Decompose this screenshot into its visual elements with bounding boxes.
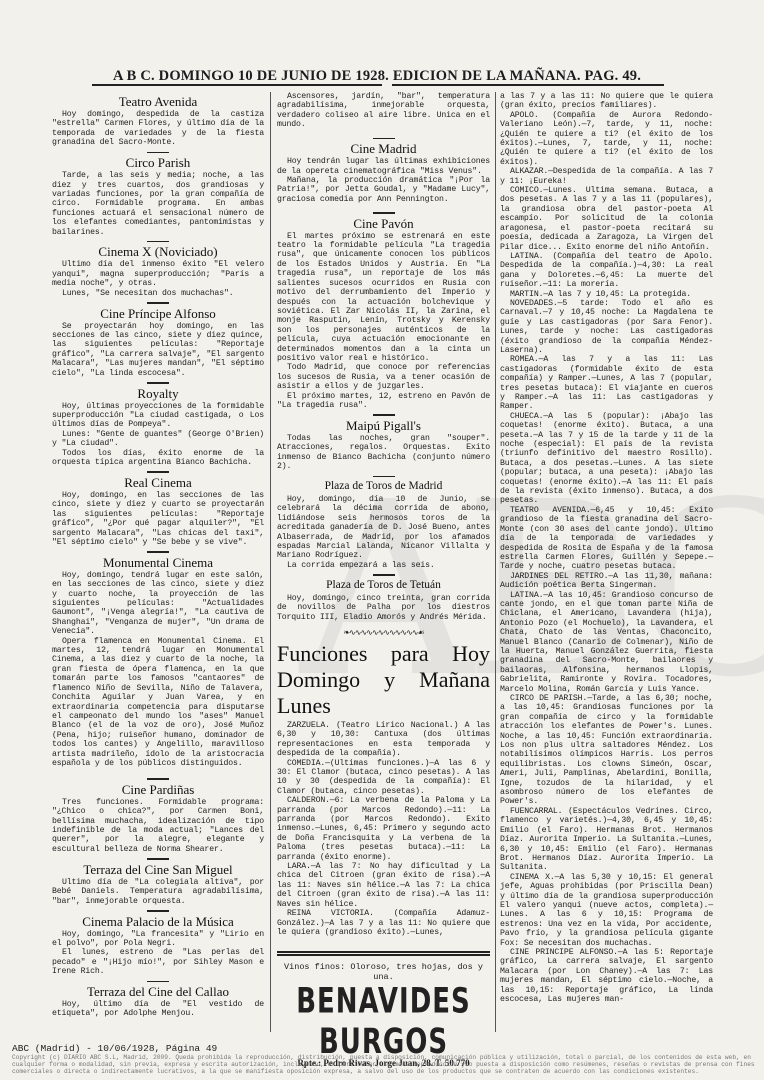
section-text: Ultimo día del inmenso éxito "El velero … [52,260,264,288]
section-heading: Cinema Palacio de la Música [52,914,264,929]
listing-fuencarral: FUENCARRAL. (Espectáculos Vedrines. Circ… [500,807,713,873]
section-palacio-musica: Cinema Palacio de la Música Hoy, domingo… [52,914,264,977]
masthead-rule-left [92,84,382,86]
divider [147,778,169,780]
section-cine-principe-alfonso: Cine Príncipe Alfonso Se proyectarán hoy… [52,306,264,378]
section-teatro-avenida: Teatro Avenida Hoy domingo, despedida de… [52,94,264,148]
section-heading: Cine Madrid [277,141,490,156]
section-text: Hoy, domingo, día 10 de Junio, se celebr… [277,495,490,561]
section-text: Hoy, últimas proyecciones de la formidab… [52,402,264,430]
section-heading: Maipú Pigall's [277,418,490,433]
section-cine-pavon: Cine Pavón El martes próximo se estrenar… [277,216,490,411]
section-heading: Teatro Avenida [52,94,264,109]
section-terraza-callao: Terraza del Cine del Callao Hoy, último … [52,984,264,1019]
section-text: Ultimo día de "La colegiala altiva", por… [52,878,264,906]
divider [373,212,395,214]
section-text: Todo Madrid, que conoce por referencias … [277,363,490,391]
divider [147,981,169,983]
section-text: Hoy, último día de "El vestido de etique… [52,1000,264,1019]
listing-apolo: APOLO. (Compañía de Aurora Redondo-Valer… [500,111,713,167]
listing-lara: LARA.—A las 7: No hay dificultad y La ch… [277,862,490,909]
ad-border-rule [277,951,490,956]
section-cine-pardinas: Cine Pardiñas Tres funciones. Formidable… [52,782,264,854]
section-monumental-cinema: Monumental Cinema Hoy, domingo, tendrá l… [52,555,264,769]
archive-footer: ABC (Madrid) - 10/06/1928, Página 49 Cop… [12,1043,757,1075]
archive-citation: ABC (Madrid) - 10/06/1928, Página 49 [12,1043,757,1054]
masthead: A B C. DOMINGO 10 DE JUNIO DE 1928. EDIC… [92,68,662,85]
listing-latina: LATINA. (Compañía del teatro de Apolo. D… [500,252,713,290]
section-real-cinema: Real Cinema Hoy, domingo, en las seccion… [52,475,264,547]
listing-reina-victoria: REINA VICTORIA. (Compañía Adamuz-Gonzále… [277,909,490,937]
divider [147,152,169,154]
divider [373,574,395,576]
section-heading: Royalty [52,386,264,401]
listing-latina-cante: LATINA.—A las 10,45: Grandioso concurso … [500,591,713,694]
section-text: Hoy, domingo, "La francesita" y "Lirio e… [52,930,264,949]
section-maipu-pigalls: Maipú Pigall's Todas las noches, gran "s… [277,418,490,472]
section-text: Se proyectarán hoy domingo, en las secci… [52,322,264,378]
divider [147,302,169,304]
section-text: Mañana, la producción dramática "¡Por la… [277,176,490,204]
listing-romea: ROMEA.—A las 7 y a las 11: Las castigado… [500,355,713,411]
newspaper-page: ABC A B C. DOMINGO 10 DE JUNIO DE 1928. … [0,0,764,1080]
section-heading: Monumental Cinema [52,555,264,570]
section-text: El próximo martes, 12, estreno en Pavón … [277,392,490,411]
section-heading: Cine Príncipe Alfonso [52,306,264,321]
listing-cine-principe-alfonso: CINE PRINCIPE ALFONSO.—A las 5: Reportaj… [500,948,713,1004]
divider [147,382,169,384]
listing-comedia: COMEDIA.—(Ultimas funciones.)—A las 6 y … [277,759,490,797]
divider [147,471,169,473]
section-text: Opera flamenca en Monumental Cinema. El … [52,637,264,769]
listing-calderon: CALDERON.—6: La verbena de la Paloma y L… [277,796,490,862]
section-heading: Circo Parish [52,155,264,170]
masthead-rule-right [392,84,664,86]
listing-circo-parish: CIRCO DE PARISH.—Tarde, a las 6,30; noch… [500,694,713,807]
section-text: Hoy, domingo, en las secciones de las ci… [52,491,264,547]
column-divider-1 [270,92,271,1032]
listing-comico: COMICO.—Lunes. Ultima semana. Butaca, a … [500,186,713,252]
section-text: Todos los días, éxito enorme de la orque… [52,449,264,468]
section-circo-parish: Circo Parish Tarde, a las seis y media; … [52,155,264,237]
listing-chueca: CHUECA.—A las 5 (popular): ¡Abajo las co… [500,412,713,506]
listing-teatro-avenida: TEATRO AVENIDA.—6,45 y 10,45: Exito gran… [500,506,713,572]
section-text: Lunes, "Se necesitan dos muchachas". [52,289,264,298]
section-plaza-toros-tetuan: Plaza de Toros de Tetuán Hoy, domingo, c… [277,578,490,622]
section-cine-madrid: Cine Madrid Hoy tendrán lugar las última… [277,141,490,204]
listing-zarzuela: ZARZUELA. (Teatro Lírico Nacional.) A la… [277,721,490,759]
section-heading: Cine Pardiñas [52,782,264,797]
divider [373,138,395,140]
divider [373,476,395,478]
section-text: Tarde, a las seis y media; noche, a las … [52,171,264,237]
divider [147,551,169,553]
section-terraza-san-miguel: Terraza del Cine San Miguel Ultimo día d… [52,862,264,906]
section-heading: Plaza de Toros de Tetuán [277,578,490,593]
section-plaza-toros-madrid: Plaza de Toros de Madrid Hoy, domingo, d… [277,479,490,570]
section-text: El lunes, estreno de "Las perlas del pec… [52,948,264,976]
listing-cinema-x: CINEMA X.—A las 5,30 y 10,15: El general… [500,873,713,948]
ad-tagline: Vinos finos: Oloroso, tres hojas, dos y … [277,962,490,982]
divider [147,241,169,243]
section-text: Lunes: "Gente de guantes" (George O'Brie… [52,430,264,449]
listing-martin: MARTIN.—A las 7 y 10,45: La protegida. [500,290,713,299]
section-heading: Cine Pavón [277,216,490,231]
ornament-divider-icon: ❧∿∿∿∿∿∿∿∿∿∿∿∿☙ [277,628,490,637]
copyright-notice: Copyright (c) DIARIO ABC S.L, Madrid, 20… [12,1054,757,1075]
section-text: Hoy, domingo, cinco treinta, gran corrid… [277,594,490,622]
section-text: Hoy, domingo, tendrá lugar en este salón… [52,571,264,637]
listing-jardines-retiro: JARDINES DEL RETIRO.—A las 11,30, mañana… [500,572,713,591]
section-heading: Plaza de Toros de Madrid [277,479,490,494]
section-heading: Real Cinema [52,475,264,490]
section-text: Hoy domingo, despedida de la castiza "es… [52,110,264,148]
section-text: Hoy tendrán lugar las últimas exhibicion… [277,157,490,176]
section-heading: Cinema X (Noviciado) [52,244,264,259]
section-heading: Terraza del Cine del Callao [52,984,264,999]
section-text: La corrida empezará a las seis. [277,561,490,570]
listings-heading: Funciones para Hoy Domingo y Mañana Lune… [277,641,490,719]
divider [373,414,395,416]
divider [147,858,169,860]
section-text: Todas las noches, gran "souper". Atracci… [277,434,490,472]
column-3: a las 7 y a las 11: No quiere que le qui… [500,92,713,1004]
column-1: Teatro Avenida Hoy domingo, despedida de… [52,92,264,1019]
listing-alkazar: ALKAZAR.—Despedida de la compañía. A las… [500,167,713,186]
section-cinema-x: Cinema X (Noviciado) Ultimo día del inme… [52,244,264,298]
section-text: Tres funciones. Formidable programa: "¿C… [52,798,264,854]
column-2: Ascensores, jardín, "bar", temperatura a… [277,92,490,1068]
divider [147,910,169,912]
section-royalty: Royalty Hoy, últimas proyecciones de la … [52,386,264,468]
listing-continued: a las 7 y a las 11: No quiere que le qui… [500,92,713,111]
listing-novedades: NOVEDADES.—5 tarde: Todo el año es Carna… [500,299,713,355]
section-text: El martes próximo se estrenará en este t… [277,232,490,364]
section-heading: Terraza del Cine San Miguel [52,862,264,877]
section-text-continued: Ascensores, jardín, "bar", temperatura a… [277,92,490,130]
column-divider-2 [495,92,496,1032]
